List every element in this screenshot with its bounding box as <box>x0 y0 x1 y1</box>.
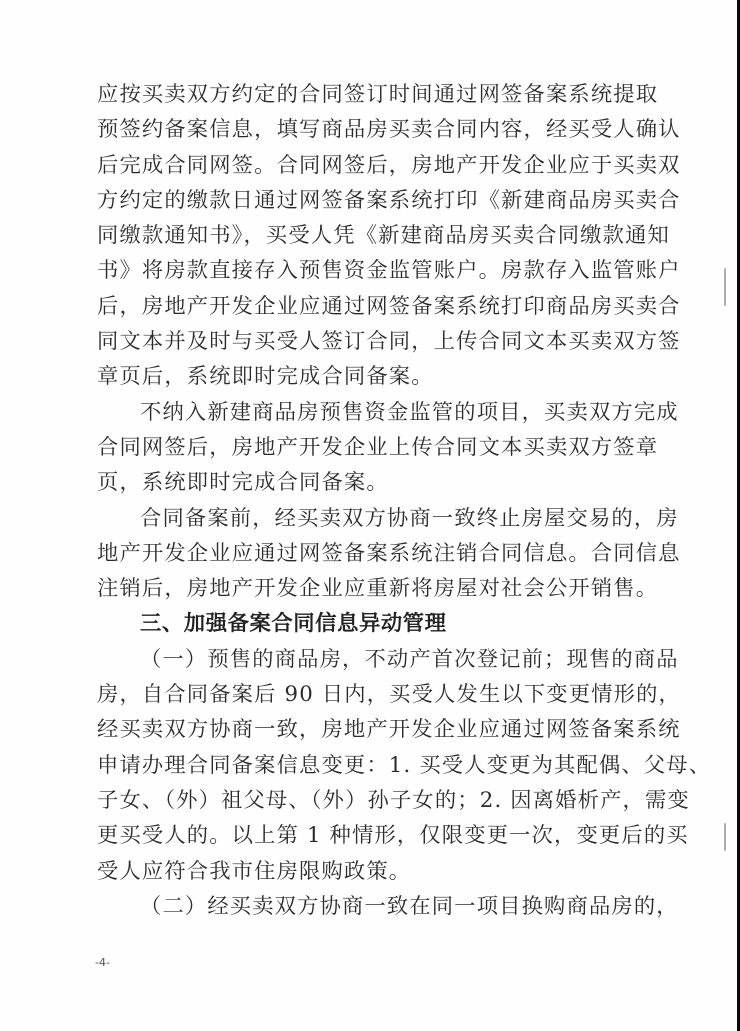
text-line: 后，房地产开发企业应通过网签备案系统打印商品房买卖合 <box>97 289 637 324</box>
text-line: 经买卖双方协商一致，房地产开发企业应通过网签备案系统 <box>97 712 637 747</box>
text-line: 房，自合同备案后 90 日内，买受人发生以下变更情形的， <box>97 677 637 712</box>
scan-artifact-mark <box>724 823 726 851</box>
text-line: 地产开发企业应通过网签备案系统注销合同信息。合同信息 <box>97 536 637 571</box>
paragraph-start-line: （一）预售的商品房，不动产首次登记前；现售的商品 <box>97 642 637 677</box>
section-heading: 三、加强备案合同信息异动管理 <box>97 606 637 641</box>
text-line: 方约定的缴款日通过网签备案系统打印《新建商品房买卖合 <box>97 183 637 218</box>
text-line: 页，系统即时完成合同备案。 <box>97 465 637 500</box>
text-line: 后完成合同网签。合同网签后，房地产开发企业应于买卖双 <box>97 148 637 183</box>
text-line: 同文本并及时与买受人签订合同，上传合同文本买卖双方签 <box>97 324 637 359</box>
paragraph-start-line: 不纳入新建商品房预售资金监管的项目，买卖双方完成 <box>97 395 637 430</box>
text-line: 应按买卖双方约定的合同签订时间通过网签备案系统提取 <box>97 77 637 112</box>
text-line: 子女、（外）祖父母、（外）孙子女的；2. 因离婚析产，需变 <box>97 783 637 818</box>
text-line: 更买受人的。以上第 1 种情形，仅限变更一次，变更后的买 <box>97 818 637 853</box>
text-line: 预签约备案信息，填写商品房买卖合同内容，经买受人确认 <box>97 112 637 147</box>
text-line: 同缴款通知书》，买受人凭《新建商品房买卖合同缴款通知 <box>97 218 637 253</box>
text-line: 申请办理合同备案信息变更：1. 买受人变更为其配偶、父母、 <box>97 748 637 783</box>
page-number: -4- <box>95 956 110 969</box>
document-body: 应按买卖双方约定的合同签订时间通过网签备案系统提取 预签约备案信息，填写商品房买… <box>97 77 637 924</box>
paragraph-start-line: （二）经买卖双方协商一致在同一项目换购商品房的， <box>97 889 637 924</box>
document-page: 应按买卖双方约定的合同签订时间通过网签备案系统提取 预签约备案信息，填写商品房买… <box>0 0 737 1031</box>
paragraph-start-line: 合同备案前，经买卖双方协商一致终止房屋交易的，房 <box>97 501 637 536</box>
text-line: 注销后，房地产开发企业应重新将房屋对社会公开销售。 <box>97 571 637 606</box>
text-line: 合同网签后，房地产开发企业上传合同文本买卖双方签章 <box>97 430 637 465</box>
scan-artifact-mark <box>724 268 726 306</box>
text-line: 书》将房款直接存入预售资金监管账户。房款存入监管账户 <box>97 253 637 288</box>
text-line: 章页后，系统即时完成合同备案。 <box>97 359 637 394</box>
text-line: 受人应符合我市住房限购政策。 <box>97 854 637 889</box>
